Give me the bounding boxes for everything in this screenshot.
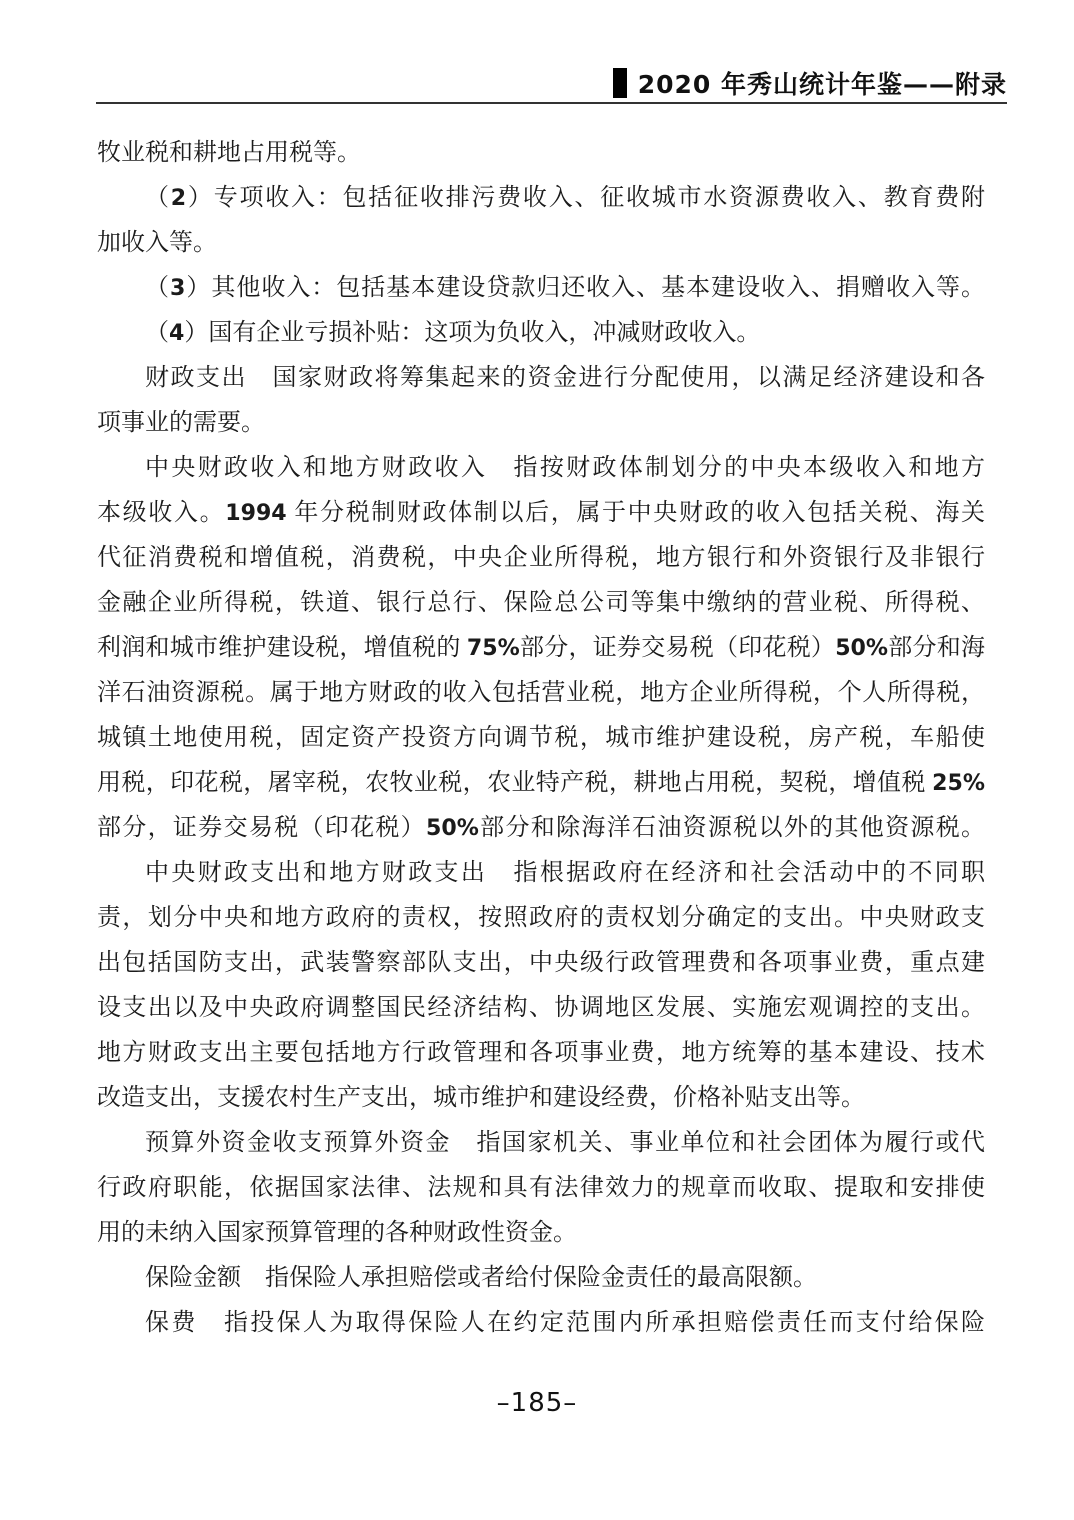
text-line: 地方财政支出主要包括地方行政管理和各项事业费，地方统筹的基本建设、技术 [97,1031,985,1076]
text-line: 预算外资金收支预算外资金 指国家机关、事业单位和社会团体为履行或代 [97,1121,985,1166]
text-line: 加收入等。 [97,221,985,266]
text-line: 行政府职能，依据国家法律、法规和具有法律效力的规章而收取、提取和安排使 [97,1166,985,1211]
numeric-text: 75% [467,636,520,661]
text-line: 保费 指投保人为取得保险人在约定范围内所承担赔偿责任而支付给保险 [97,1301,985,1346]
text-line: 项事业的需要。 [97,401,985,446]
text-line: （2）专项收入：包括征收排污费收入、征收城市水资源费收入、教育费附 [97,176,985,221]
text-line: 改造支出，支援农村生产支出，城市维护和建设经费，价格补贴支出等。 [97,1076,985,1121]
text-line: 用税，印花税，屠宰税，农牧业税，农业特产税，耕地占用税，契税，增值税 25% [97,761,985,806]
text-line: 利润和城市维护建设税，增值税的 75%部分，证券交易税（印花税）50%部分和海 [97,626,985,671]
page-footer: –185– [0,1388,1074,1418]
numeric-text: 50% [835,636,888,661]
numeric-text: 1994 [225,501,286,526]
text-line: 出包括国防支出，武装警察部队支出，中央级行政管理费和各项事业费，重点建 [97,941,985,986]
text-line: 设支出以及中央政府调整国民经济结构、协调地区发展、实施宏观调控的支出。 [97,986,985,1031]
text-line: 本级收入。1994 年分税制财政体制以后，属于中央财政的收入包括关税、海关 [97,491,985,536]
text-line: 代征消费税和增值税，消费税，中央企业所得税，地方银行和外资银行及非银行 [97,536,985,581]
header-title: 2020 年秀山统计年鉴——附录 [638,65,1007,101]
numeric-text: 25% [932,771,985,796]
text-line: （4）国有企业亏损补贴：这项为负收入，冲减财政收入。 [97,311,985,356]
text-line: （3）其他收入：包括基本建设贷款归还收入、基本建设收入、捐赠收入等。 [97,266,985,311]
numeric-text: 50% [426,816,479,841]
text-line: 中央财政支出和地方财政支出 指根据政府在经济和社会活动中的不同职 [97,851,985,896]
page-number: –185– [497,1388,578,1418]
text-line: 财政支出 国家财政将筹集起来的资金进行分配使用，以满足经济建设和各 [97,356,985,401]
text-line: 城镇土地使用税，固定资产投资方向调节税，城市维护建设税，房产税，车船使 [97,716,985,761]
numeric-text: 4 [169,321,184,346]
text-line: 责，划分中央和地方政府的责权，按照政府的责权划分确定的支出。中央财政支 [97,896,985,941]
text-line: 用的未纳入国家预算管理的各种财政性资金。 [97,1211,985,1256]
numeric-text: 3 [170,276,185,301]
text-line: 保险金额 指保险人承担赔偿或者给付保险金责任的最高限额。 [97,1256,985,1301]
page-header: 2020 年秀山统计年鉴——附录 [97,64,1007,102]
text-line: 洋石油资源税。属于地方财政的收入包括营业税，地方企业所得税，个人所得税， [97,671,985,716]
text-line: 中央财政收入和地方财政收入 指按财政体制划分的中央本级收入和地方 [97,446,985,491]
text-line: 部分，证券交易税（印花税）50%部分和除海洋石油资源税以外的其他资源税。 [97,806,985,851]
text-line: 牧业税和耕地占用税等。 [97,131,985,176]
yearbook-page: 2020 年秀山统计年鉴——附录 牧业税和耕地占用税等。（2）专项收入：包括征收… [0,0,1074,1520]
text-line: 金融企业所得税，铁道、银行总行、保险总公司等集中缴纳的营业税、所得税、 [97,581,985,626]
numeric-text: 2 [171,186,186,211]
header-rule [96,102,1007,104]
page-body: 牧业税和耕地占用税等。（2）专项收入：包括征收排污费收入、征收城市水资源费收入、… [97,131,985,1346]
solid-block-icon [613,68,627,98]
